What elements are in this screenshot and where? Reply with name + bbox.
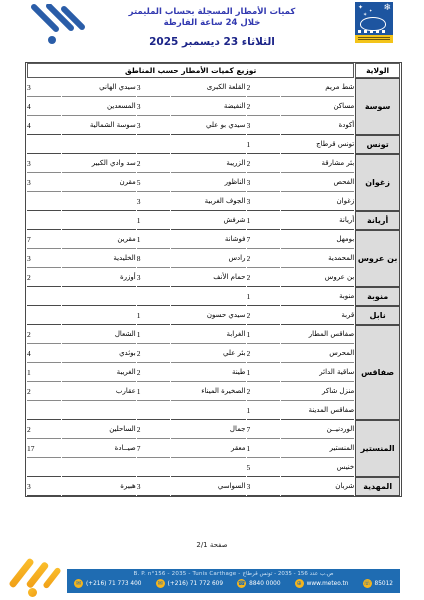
rainfall-value-cell xyxy=(137,401,171,420)
locality-cell: الجوف الغربية xyxy=(171,192,245,211)
mail-icon: ✉ xyxy=(74,579,83,588)
rainfall-value-cell: 3 xyxy=(137,192,171,211)
table-row: 7مقرين1فوشانة7بومهلبن عروس xyxy=(27,230,400,249)
page-number: صفحة 2/1 xyxy=(0,541,424,549)
rainfall-value-cell: 1 xyxy=(247,211,281,230)
locality-cell xyxy=(171,287,245,306)
wilaya-cell: سوسة xyxy=(355,78,400,135)
rainfall-value-cell xyxy=(27,306,61,325)
locality-cell xyxy=(62,287,136,306)
locality-cell xyxy=(62,135,136,154)
locality-cell: جمال xyxy=(171,420,245,439)
footer-bar: B. P. n°156 - 2035 - Tunis Carthage - ص.… xyxy=(67,569,400,593)
contact-item: ☏85012 xyxy=(363,579,393,588)
table-row: 4بوثدي2بئر علي2المحرس xyxy=(27,344,400,363)
table-row: 2أوزرة3حمام الأنف2بن عروس xyxy=(27,268,400,287)
locality-cell: الساحلين xyxy=(62,420,136,439)
rainfall-value-cell: 1 xyxy=(137,211,171,230)
rainfall-value-cell: 5 xyxy=(137,173,171,192)
rainfall-value-cell: 1 xyxy=(247,401,281,420)
locality-cell: المحمدية xyxy=(281,249,354,268)
locality-cell: تونس قرطاج xyxy=(281,135,354,154)
locality-cell: السواسي xyxy=(171,477,245,496)
locality-cell: هبيرة xyxy=(62,477,136,496)
locality-cell: صيــادة xyxy=(62,439,136,458)
locality-cell: الصخيرة الميناء xyxy=(171,382,245,401)
rainfall-value-cell: 2 xyxy=(137,344,171,363)
contact-label: www.meteo.tn xyxy=(307,581,349,587)
rainfall-value-cell: 2 xyxy=(247,306,281,325)
locality-cell: مقرين xyxy=(62,230,136,249)
rainfall-value-cell: 1 xyxy=(137,306,171,325)
rainfall-value-cell: 4 xyxy=(27,97,61,116)
rainfall-value-cell: 2 xyxy=(27,325,61,344)
locality-cell: سيدي الهاني xyxy=(62,78,136,97)
locality-cell: أريانة xyxy=(281,211,354,230)
contact-label: 85012 xyxy=(375,581,393,587)
rainfall-value-cell: 2 xyxy=(27,420,61,439)
locality-cell xyxy=(171,458,245,477)
locality-cell: المسعدين xyxy=(62,97,136,116)
rainfall-value-cell: 2 xyxy=(247,154,281,173)
locality-cell: بئر علي xyxy=(171,344,245,363)
snowflake-icon: ❄ xyxy=(383,3,391,13)
sms-icon: ☏ xyxy=(363,579,372,588)
locality-cell: الشعال xyxy=(62,325,136,344)
locality-cell: صفاقس المدينة xyxy=(281,401,354,420)
rainfall-value-cell: 4 xyxy=(27,344,61,363)
locality-cell: معقر xyxy=(171,439,245,458)
rainfall-value-cell: 1 xyxy=(137,382,171,401)
wilaya-cell: نابل xyxy=(355,306,400,325)
document-page: كميات الأمطار المسجلة بحساب المليمتر خلا… xyxy=(0,0,424,600)
emblem-sky: ❄ ✦ ✦ ✶ xyxy=(355,2,393,35)
rainfall-value-cell: 1 xyxy=(247,325,281,344)
rainfall-value-cell xyxy=(27,135,61,154)
locality-cell: مقرن xyxy=(62,173,136,192)
rainfall-value-cell xyxy=(137,135,171,154)
locality-cell: منوبة xyxy=(281,287,354,306)
locality-cell xyxy=(62,458,136,477)
sea-wave-icon xyxy=(358,30,388,33)
locality-cell: بوثدي xyxy=(62,344,136,363)
rainfall-value-cell: 3 xyxy=(137,116,171,135)
inm-emblem-logo: ❄ ✦ ✦ ✶ xyxy=(355,2,393,43)
contact-item: ☎8840 0000 xyxy=(237,579,280,588)
locality-cell: الناظور xyxy=(171,173,245,192)
contact-item: ✉(+216) 71 772 609 xyxy=(156,579,223,588)
table-row: 1شرفش1أريانةأريانة xyxy=(27,211,400,230)
rainfall-value-cell: 7 xyxy=(247,420,281,439)
contact-item: ✉(+216) 71 773 400 xyxy=(74,579,141,588)
locality-cell: شط مريم xyxy=(281,78,354,97)
rainfall-value-cell: 3 xyxy=(247,116,281,135)
table-row: 1الغريبة2طينة1ساقية الدائر xyxy=(27,363,400,382)
cloud-icon xyxy=(360,17,386,31)
rainfall-value-cell: 4 xyxy=(27,116,61,135)
rainfall-value-cell: 2 xyxy=(27,268,61,287)
locality-cell xyxy=(62,192,136,211)
locality-cell: المحرس xyxy=(281,344,354,363)
locality-cell: قربة xyxy=(281,306,354,325)
table-row: 17صيــادة7معقر1المنستير xyxy=(27,439,400,458)
rainfall-value-cell: 5 xyxy=(247,458,281,477)
fax-icon: ✉ xyxy=(156,579,165,588)
locality-cell: شرفش xyxy=(171,211,245,230)
locality-cell: الفحص xyxy=(281,173,354,192)
table-row: 4المسعدين3النفيضة2مساكن xyxy=(27,97,400,116)
rainfall-value-cell: 3 xyxy=(27,78,61,97)
wilaya-cell: صفاقس xyxy=(355,325,400,420)
rainfall-table-frame: توزيع كميات الأمطار حسب المناطق الولاية … xyxy=(25,62,402,497)
footer-contacts: ✉(+216) 71 773 400✉(+216) 71 772 609☎884… xyxy=(67,577,400,588)
locality-cell: صفاقس المطار xyxy=(281,325,354,344)
locality-cell: الخليدية xyxy=(62,249,136,268)
wilaya-cell: تونس xyxy=(355,135,400,154)
rainfall-value-cell: 2 xyxy=(247,78,281,97)
rainfall-value-cell: 3 xyxy=(137,268,171,287)
locality-cell: الزريبة xyxy=(171,154,245,173)
rainfall-value-cell: 8 xyxy=(137,249,171,268)
locality-cell: الغريبة xyxy=(62,363,136,382)
wilaya-header-cell: الولاية xyxy=(355,63,400,78)
rainfall-value-cell xyxy=(27,211,61,230)
star-icon: ✦ xyxy=(358,4,363,11)
rainfall-value-cell: 2 xyxy=(137,420,171,439)
rainfall-value-cell: 3 xyxy=(137,477,171,496)
rainfall-value-cell: 1 xyxy=(27,363,61,382)
phone-icon: ☎ xyxy=(237,579,246,588)
table-row: 1منوبةمنوبة xyxy=(27,287,400,306)
locality-cell: ساقية الدائر xyxy=(281,363,354,382)
locality-cell: سد وادي الكبير xyxy=(62,154,136,173)
locality-cell: خنيس xyxy=(281,458,354,477)
rainfall-value-cell xyxy=(27,287,61,306)
wilaya-cell: زغوان xyxy=(355,154,400,211)
table-row: 5خنيس xyxy=(27,458,400,477)
contact-label: 8840 0000 xyxy=(249,581,280,587)
wilaya-cell: المنستير xyxy=(355,420,400,477)
rainfall-value-cell: 7 xyxy=(137,439,171,458)
table-row: 3مقرن5الناظور3الفحص xyxy=(27,173,400,192)
table-row: 3الخليدية8رادس2المحمدية xyxy=(27,249,400,268)
rainfall-value-cell: 2 xyxy=(137,363,171,382)
rainfall-value-cell: 3 xyxy=(27,477,61,496)
emblem-caption-strip xyxy=(355,35,393,43)
table-row: 3هبيرة3السواسي3شربانالمهدية xyxy=(27,477,400,496)
rainfall-value-cell: 1 xyxy=(137,325,171,344)
rainfall-value-cell xyxy=(137,287,171,306)
rainfall-value-cell: 1 xyxy=(247,135,281,154)
rainfall-value-cell: 2 xyxy=(247,382,281,401)
rainfall-value-cell: 2 xyxy=(247,97,281,116)
locality-cell xyxy=(62,306,136,325)
locality-cell: عقارب xyxy=(62,382,136,401)
rainfall-value-cell: 3 xyxy=(27,173,61,192)
table-row: 2الشعال1الغرابة1صفاقس المطارصفاقس xyxy=(27,325,400,344)
rainfall-value-cell: 2 xyxy=(247,344,281,363)
locality-cell: بومهل xyxy=(281,230,354,249)
table-header-row: توزيع كميات الأمطار حسب المناطق الولاية xyxy=(27,63,400,78)
rainfall-value-cell xyxy=(27,192,61,211)
rainfall-value-cell: 1 xyxy=(247,287,281,306)
table-row: 2الساحلين2جمال7الوردنيــنالمنستير xyxy=(27,420,400,439)
locality-cell: النفيضة xyxy=(171,97,245,116)
locality-cell: منزل شاكر xyxy=(281,382,354,401)
rainfall-value-cell: 3 xyxy=(137,78,171,97)
wilaya-cell: أريانة xyxy=(355,211,400,230)
rainfall-value-cell: 2 xyxy=(27,382,61,401)
table-row: 4سوسة الشمالية3سيدي بو علي3أكودة xyxy=(27,116,400,135)
wilaya-cell: بن عروس xyxy=(355,230,400,287)
locality-cell: شربان xyxy=(281,477,354,496)
table-row: 2عقارب1الصخيرة الميناء2منزل شاكر xyxy=(27,382,400,401)
locality-cell: طينة xyxy=(171,363,245,382)
rainfall-value-cell: 7 xyxy=(27,230,61,249)
rainfall-value-cell: 1 xyxy=(247,363,281,382)
contact-item: ⊕www.meteo.tn xyxy=(295,579,349,588)
rainfall-value-cell: 1 xyxy=(247,439,281,458)
locality-cell: أكودة xyxy=(281,116,354,135)
locality-cell: سيدي حسون xyxy=(171,306,245,325)
rainfall-value-cell: 3 xyxy=(27,249,61,268)
rainfall-value-cell: 3 xyxy=(247,192,281,211)
rainfall-value-cell: 3 xyxy=(137,97,171,116)
locality-cell: فوشانة xyxy=(171,230,245,249)
rainfall-table: توزيع كميات الأمطار حسب المناطق الولاية … xyxy=(26,63,401,496)
rainfall-value-cell: 17 xyxy=(27,439,61,458)
rainfall-value-cell: 2 xyxy=(247,268,281,287)
locality-cell: أوزرة xyxy=(62,268,136,287)
locality-cell xyxy=(62,401,136,420)
rainfall-value-cell xyxy=(27,401,61,420)
wilaya-cell: المهدية xyxy=(355,477,400,496)
table-row: 3الجوف الغربية3زغوان xyxy=(27,192,400,211)
locality-cell: سيدي بو علي xyxy=(171,116,245,135)
distribution-header-cell: توزيع كميات الأمطار حسب المناطق xyxy=(27,63,354,78)
locality-cell xyxy=(62,211,136,230)
table-row: 1صفاقس المدينة xyxy=(27,401,400,420)
star-icon: ✦ xyxy=(369,8,372,13)
locality-cell: حمام الأنف xyxy=(171,268,245,287)
rainfall-value-cell xyxy=(137,458,171,477)
rainfall-value-cell: 3 xyxy=(247,173,281,192)
rainfall-value-cell: 1 xyxy=(137,230,171,249)
table-row: 1تونس قرطاجتونس xyxy=(27,135,400,154)
locality-cell: القلعة الكبرى xyxy=(171,78,245,97)
contact-label: (+216) 71 772 609 xyxy=(168,581,223,587)
rainfall-value-cell: 7 xyxy=(247,230,281,249)
locality-cell: المنستير xyxy=(281,439,354,458)
rainfall-value-cell: 3 xyxy=(247,477,281,496)
locality-cell: الغرابة xyxy=(171,325,245,344)
rainfall-value-cell xyxy=(27,458,61,477)
table-row: 3سيدي الهاني3القلعة الكبرى2شط مريمسوسة xyxy=(27,78,400,97)
locality-cell: رادس xyxy=(171,249,245,268)
rainfall-value-cell: 2 xyxy=(137,154,171,173)
rainfall-value-cell: 2 xyxy=(247,249,281,268)
rainfall-value-cell: 3 xyxy=(27,154,61,173)
locality-cell xyxy=(171,135,245,154)
table-row: 3سد وادي الكبير2الزريبة2بئر مشارقةزغوان xyxy=(27,154,400,173)
locality-cell: الوردنيــن xyxy=(281,420,354,439)
footer-dot-icon xyxy=(28,588,37,597)
locality-cell: بئر مشارقة xyxy=(281,154,354,173)
locality-cell: مساكن xyxy=(281,97,354,116)
locality-cell: سوسة الشمالية xyxy=(62,116,136,135)
table-row: 1سيدي حسون2قربةنابل xyxy=(27,306,400,325)
locality-cell: بن عروس xyxy=(281,268,354,287)
locality-cell xyxy=(171,401,245,420)
globe-icon: ⊕ xyxy=(295,579,304,588)
locality-cell: زغوان xyxy=(281,192,354,211)
wilaya-cell: منوبة xyxy=(355,287,400,306)
contact-label: (+216) 71 773 400 xyxy=(86,581,141,587)
